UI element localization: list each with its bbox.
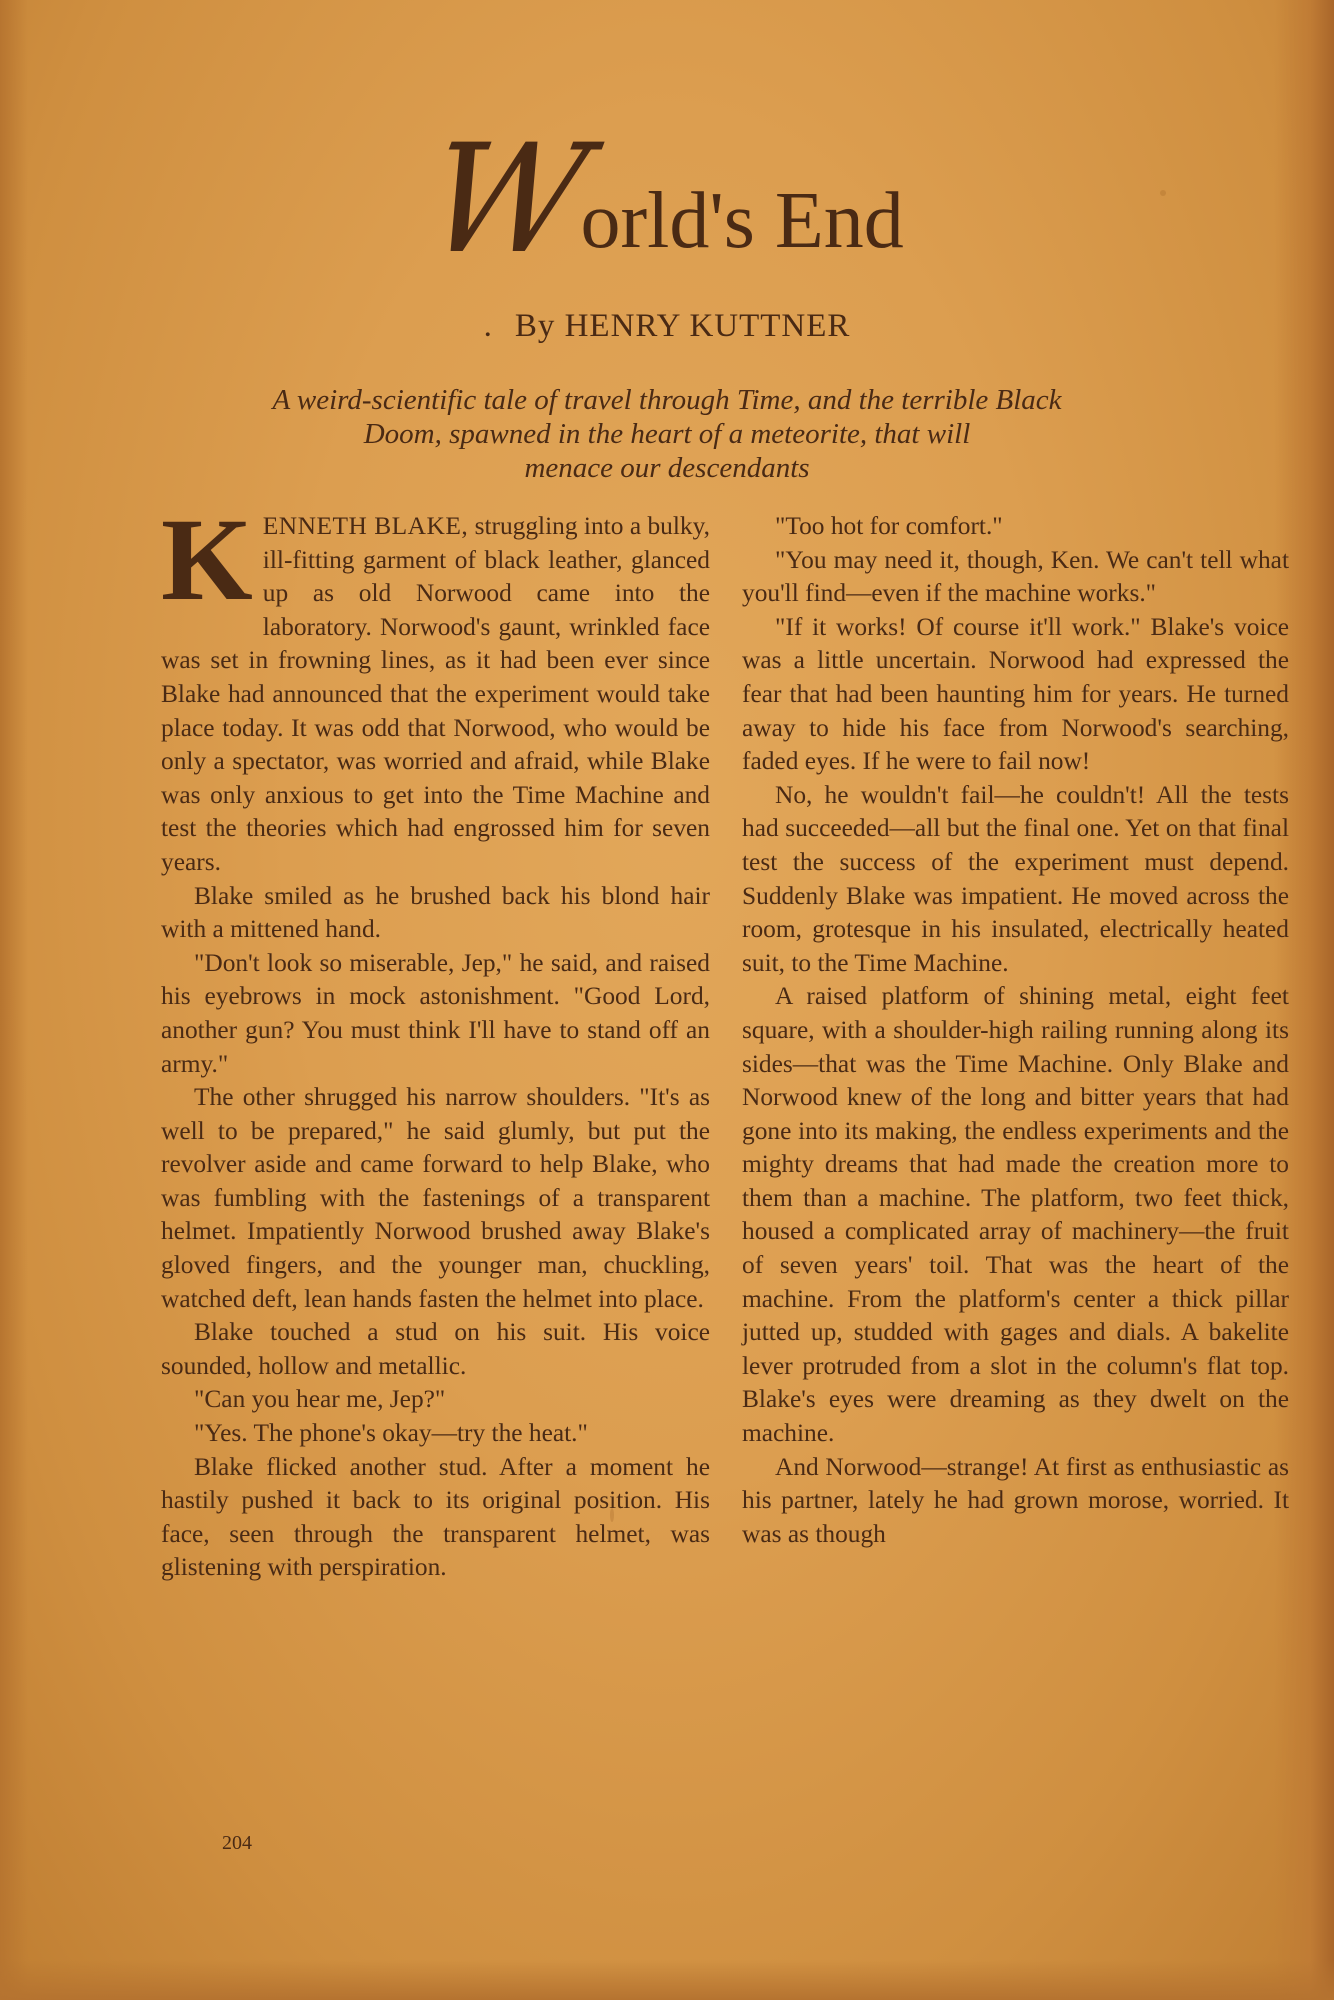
paragraph: "If it works! Of course it'll work." Bla… bbox=[742, 611, 1289, 779]
paragraph: No, he wouldn't fail—he couldn't! All th… bbox=[742, 779, 1289, 981]
paragraph: Blake flicked another stud. After a mome… bbox=[161, 1451, 710, 1585]
story-title: W orld's End bbox=[430, 125, 903, 275]
blurb-line: Doom, spawned in the heart of a meteorit… bbox=[200, 417, 1134, 451]
paragraph: A raised platform of shining metal, eigh… bbox=[742, 980, 1289, 1450]
paragraph: Blake smiled as he brushed back his blon… bbox=[161, 880, 710, 947]
byline-dot: . bbox=[484, 308, 493, 344]
page-number: 204 bbox=[222, 1832, 252, 1855]
paragraph: Blake touched a stud on his suit. His vo… bbox=[161, 1316, 710, 1383]
paragraph: "Can you hear me, Jep?" bbox=[161, 1383, 710, 1417]
title-ornamental-initial: W bbox=[417, 125, 590, 275]
title-text: orld's End bbox=[580, 181, 903, 275]
paragraph: "Don't look so miserable, Jep," he said,… bbox=[161, 947, 710, 1081]
paragraph: And Norwood—strange! At first as enthusi… bbox=[742, 1451, 1289, 1552]
byline-author: By HENRY KUTTNER bbox=[515, 308, 851, 344]
paragraph: "You may need it, though, Ken. We can't … bbox=[742, 544, 1289, 611]
page-left-edge-shadow bbox=[0, 0, 28, 2000]
paragraph: "Yes. The phone's okay—try the heat." bbox=[161, 1417, 710, 1451]
left-text-column: KENNETH BLAKE, struggling into a bulky, … bbox=[161, 510, 710, 1585]
paragraph: "Too hot for comfort." bbox=[742, 510, 1289, 544]
right-text-column: "Too hot for comfort." "You may need it,… bbox=[742, 510, 1289, 1551]
opening-paragraph: KENNETH BLAKE, struggling into a bulky, … bbox=[161, 510, 710, 880]
drop-cap: K bbox=[161, 516, 253, 612]
blurb-line: menace our descendants bbox=[200, 451, 1134, 485]
blurb-line: A weird-scientific tale of travel throug… bbox=[200, 383, 1134, 417]
page-bottom-edge-shadow bbox=[0, 1960, 1334, 2000]
byline: .By HENRY KUTTNER bbox=[0, 308, 1334, 345]
story-title-block: W orld's End bbox=[0, 125, 1334, 275]
paragraph: The other shrugged his narrow shoulders.… bbox=[161, 1081, 710, 1316]
opening-small-caps: ENNETH BLAKE, bbox=[263, 512, 468, 540]
story-blurb: A weird-scientific tale of travel throug… bbox=[200, 383, 1134, 485]
magazine-page: W orld's End .By HENRY KUTTNER A weird-s… bbox=[0, 0, 1334, 2000]
